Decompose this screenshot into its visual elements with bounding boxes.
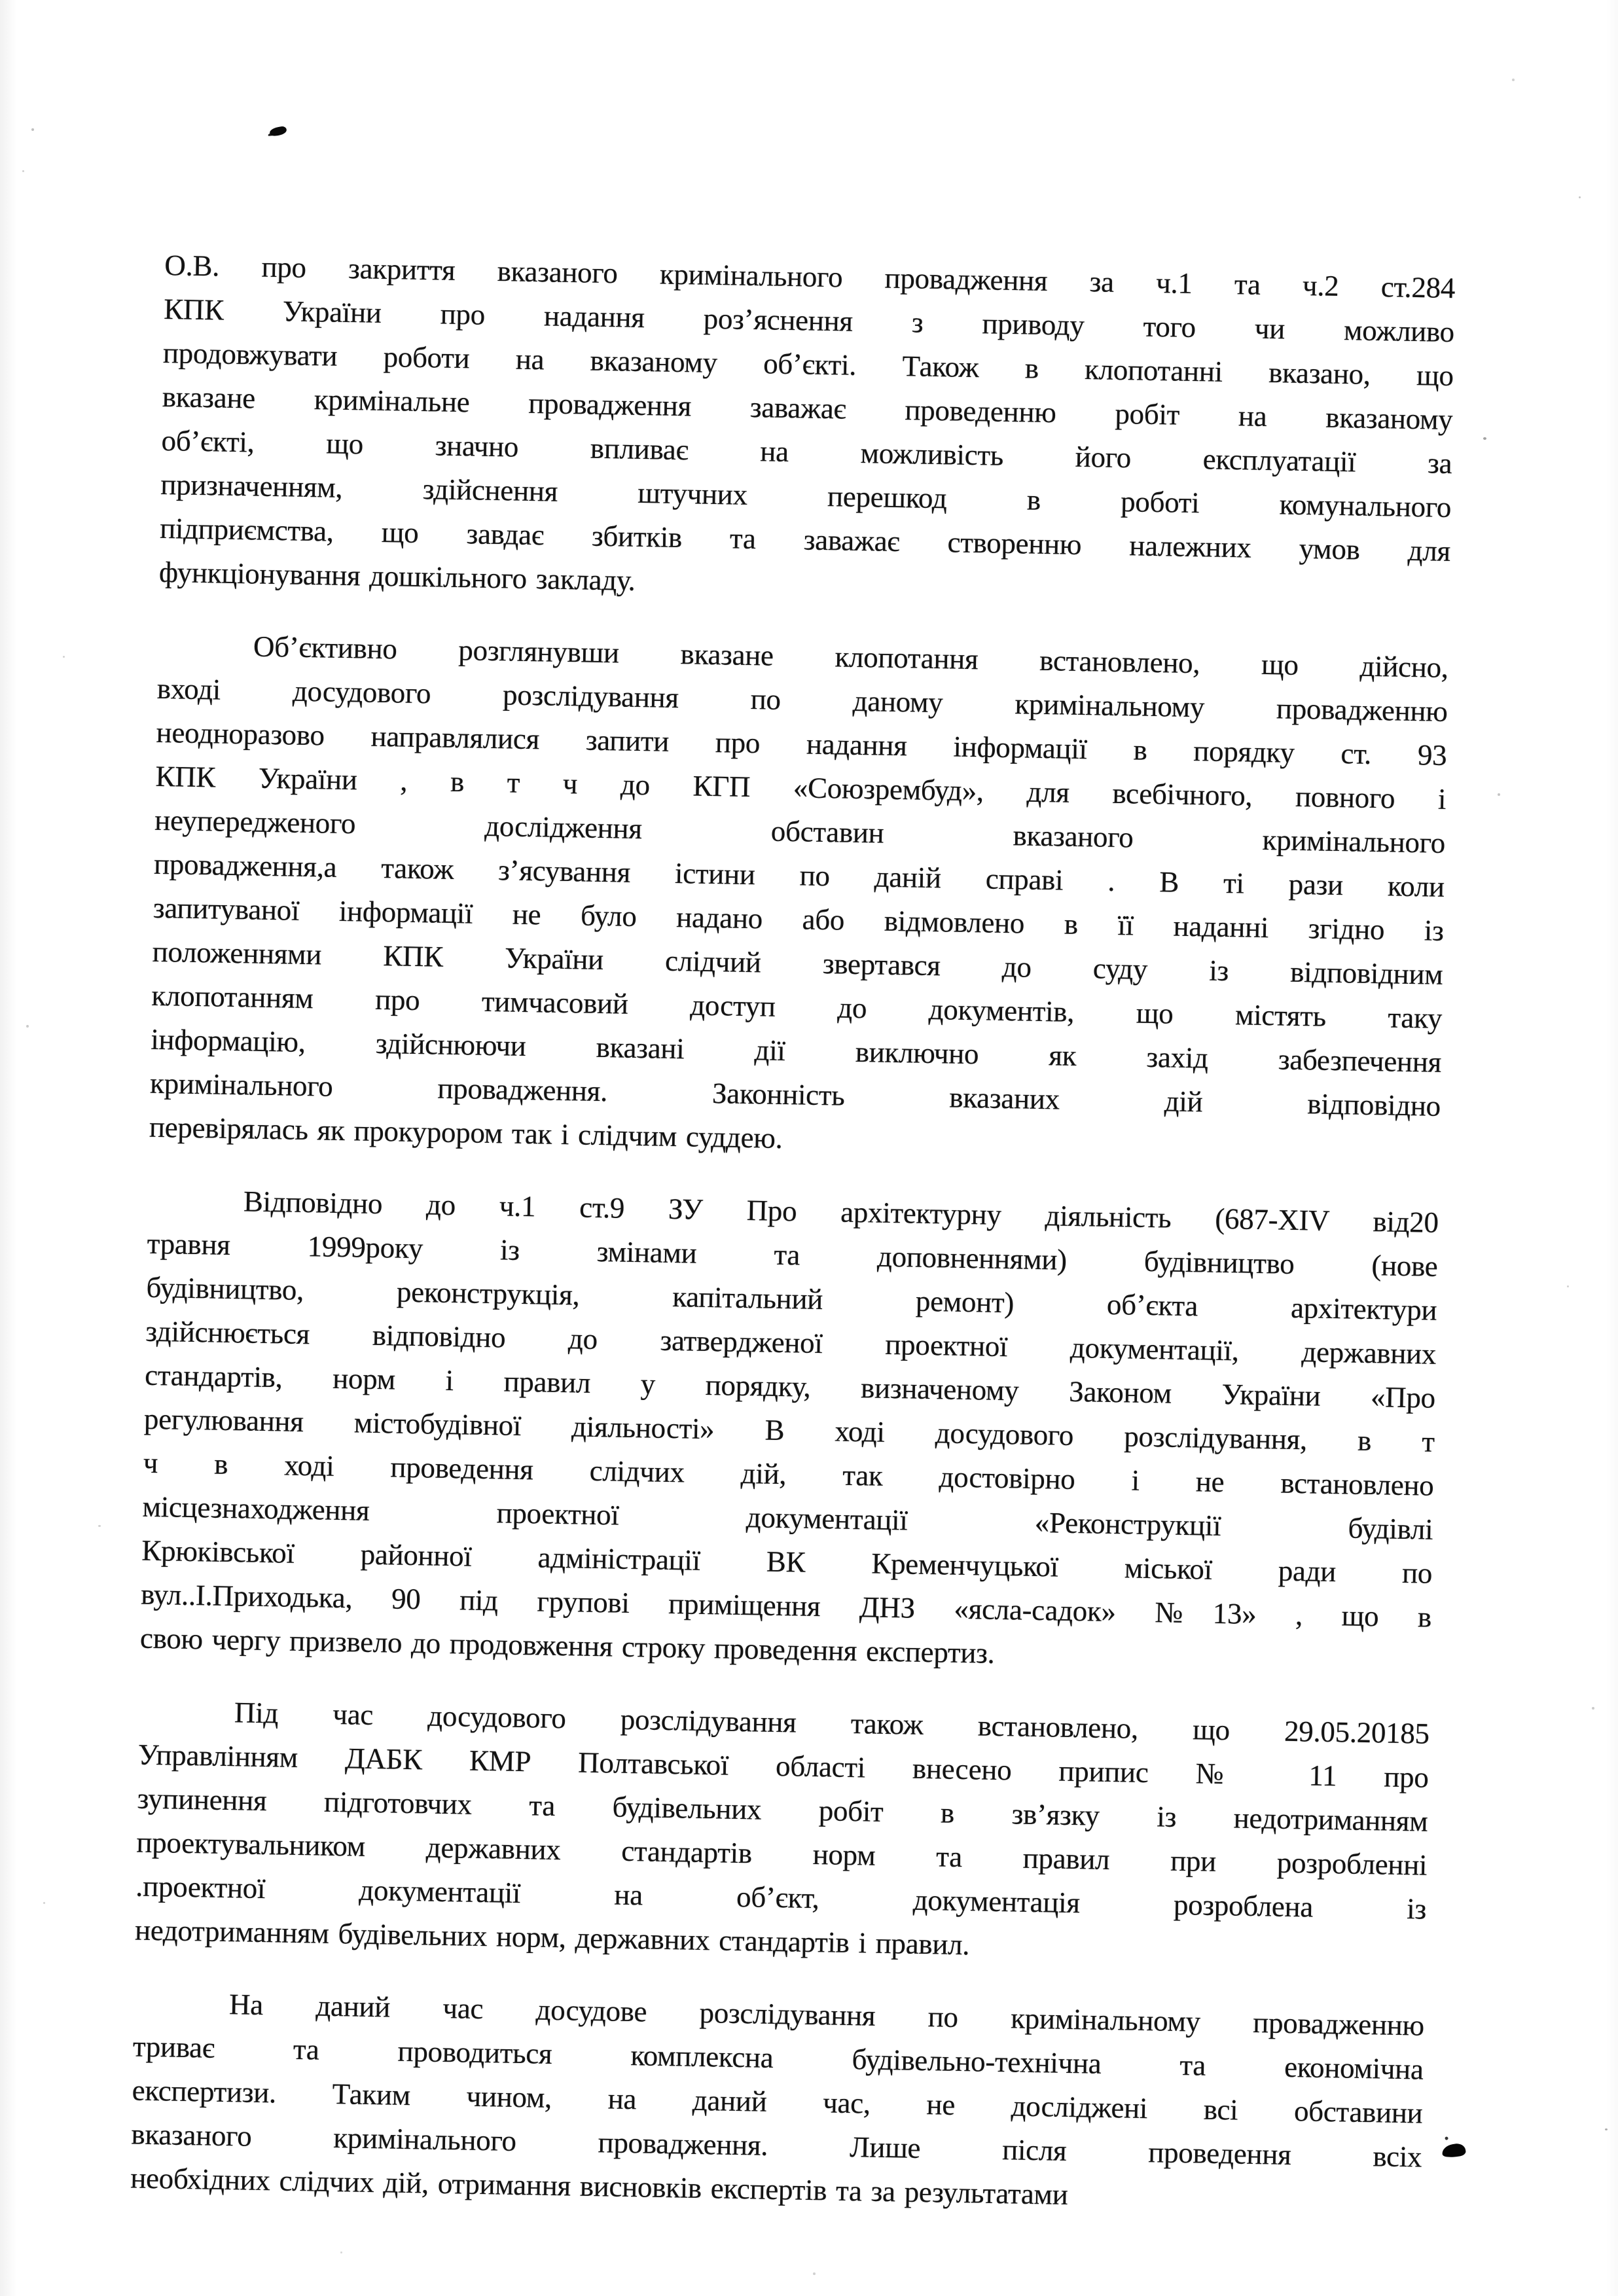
ink-smudge-top [269, 126, 287, 136]
paragraph-2: Об’єктивно розглянувши вказане клопотанн… [149, 623, 1448, 1172]
paragraph-4: Під час досудового розслідування також в… [135, 1689, 1430, 1975]
scan-speck [31, 128, 34, 131]
scan-speck [43, 1902, 45, 1904]
paragraph-5: На даний час досудове розслідування по к… [130, 1981, 1425, 2223]
paragraph-1: О.В. про закриття вказаного кримінальног… [158, 243, 1455, 617]
scan-speck [1512, 79, 1515, 81]
document-body: О.В. про закриття вказаного кримінальног… [130, 243, 1456, 2223]
scan-speck [1605, 2128, 1608, 2130]
scan-speck [1579, 196, 1581, 198]
scan-speck [340, 2251, 342, 2253]
scan-speck [63, 656, 65, 658]
scan-speck [1498, 793, 1500, 796]
paragraph-3: Відповідно до ч.1 ст.9 ЗУ Про архітектур… [139, 1178, 1439, 1683]
scan-speck [1483, 437, 1486, 440]
scan-speck [813, 2272, 816, 2275]
scan-speck [22, 170, 24, 172]
scanned-page: О.В. про закриття вказаного кримінальног… [0, 0, 1618, 2296]
scan-speck [1567, 1285, 1569, 1287]
scan-speck [1592, 1707, 1594, 1710]
scan-speck [98, 1525, 101, 1527]
ink-blot-right-margin [1441, 2142, 1467, 2159]
scan-speck [26, 1025, 29, 1028]
